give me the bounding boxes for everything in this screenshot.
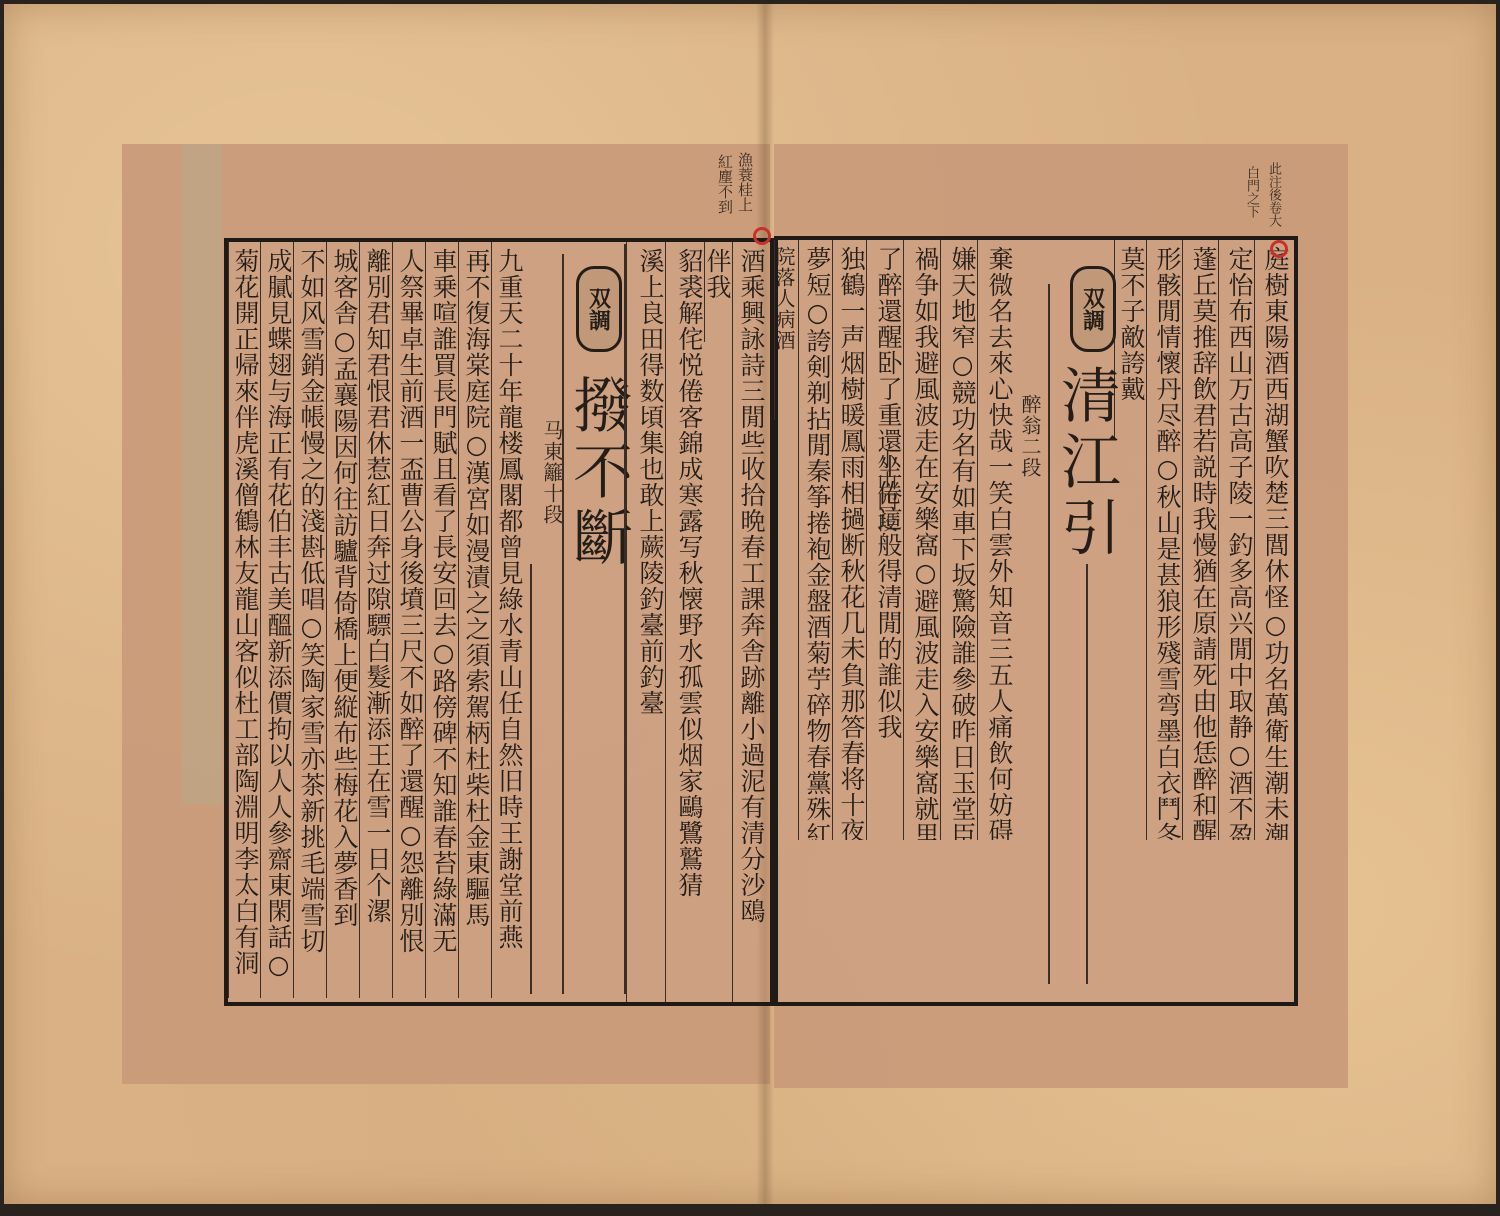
text-column: 城客舎○孟襄陽因何往訪驢背倚橋上便縦布些梅花入夢香到 [326,242,359,998]
mode-badge: 双調 [1070,266,1116,352]
text-column: 車乗喧誰買長門賦且看了長安回去○路傍碑不知誰春苔綠滿无 [425,242,458,998]
column-rule [1048,284,1050,984]
left-page-section-3: 貂裘解侘悦倦客錦成寒露写秋懐野水孤雲似烟家鷗鷺鷲猜 溪上良田得数頃集也敢上蕨陵釣… [626,242,704,1002]
text-column: 酒乘興詠詩三閒些收拾晩春工課奔舎跡離小過泥有清分沙鴎 [732,242,766,1002]
author-subtitle: 小山四段 [872,449,901,533]
right-page-section-1: 棄微名去來心快哉一笑白雲外知音三五人痛飲何妨碍醉袍袖窄 嫌天地窄○競功名有如車下… [866,240,1014,840]
text-column: 形骸閒情懷丹尽醉○秋山是甚狼形殘雪弯墨白衣鬥冬東离客你 [1146,240,1182,840]
text-column: 貂裘解侘悦倦客錦成寒露写秋懐野水孤雲似烟家鷗鷺鷲猜 [665,242,704,1002]
marginal-note: 漁蓑桂上 [736,152,753,212]
left-page-section-4: 九重天二十年龍楼鳳閣都曾見綠水青山任自然旧時王謝堂前燕 再不復海棠庭院○漢宮如漫… [228,242,524,998]
column-rule [624,244,626,994]
book-spread: 庭樹東陽酒西湖蟹吹楚三閭休怪○功名萬衛生潮未潮去元是 定怡布西山万古高子陵一釣多… [4,4,1496,1204]
tune-title: 撥不斷 [566,374,630,572]
right-page-section-2: 独鶴一声烟樹暖鳳雨相撾断秋花几未負那答春将十夜長可怜扁 夢短○誇剣剃拈閒秦筝捲袍… [774,240,866,840]
text-column: 夢短○誇剣剃拈閒秦筝捲袍金盤酒菊苧碎物春黨殊紅簾屋廣関 [798,240,832,840]
right-page-continued-text: 庭樹東陽酒西湖蟹吹楚三閭休怪○功名萬衛生潮未潮去元是 定怡布西山万古高子陵一釣多… [1114,240,1290,840]
text-column: 菊花開正帰來伴虎溪僧鶴林友龍山客似杜工部陶淵明李太白有洞 [228,242,260,998]
text-column: 成膩見蝶翅与海正有花伯丰古美醞新添價拘以人人參齋東閑話○ [260,242,293,998]
text-column: 人祭畢卓生前酒一盃曹公身後墳三尺不如醉了還醒○怨離別恨 [392,242,425,998]
text-column: 庭樹東陽酒西湖蟹吹楚三閭休怪○功名萬衛生潮未潮去元是 [1254,240,1290,840]
red-circle-mark [753,227,771,245]
red-circle-mark [1270,240,1288,258]
mode-badge: 双調 [576,266,622,352]
text-column: 伴我 [704,242,732,342]
column-rule [1086,564,1088,984]
author-subtitle: 醉翁二段 [1016,394,1045,478]
text-column: 棄微名去來心快哉一笑白雲外知音三五人痛飲何妨碍醉袍袖窄 [977,240,1014,840]
text-column: 蓬丘莫推辞飲君若説時我慢猶在原請死由他恁醉和醒争甚○痰 [1182,240,1218,840]
text-column: 定怡布西山万古高子陵一釣多高兴閒中取静○酒不盈樽故人心相 [1218,240,1254,840]
marginal-note: 白門之下 [1244,166,1259,218]
mount-strip [182,144,222,804]
text-column: 嫌天地窄○競功名有如車下坂驚險誰參破昨日玉堂臣今日遭殘 [940,240,977,840]
column-rule [530,564,532,994]
text-column: 院落人病酒 [774,240,798,420]
tune-title: 清江引 [1054,364,1118,562]
text-column: 独鶴一声烟樹暖鳳雨相撾断秋花几未負那答春将十夜長可怜扁 [832,240,866,840]
text-column: 再不復海棠庭院○漢宮如漫漬之之須索駕柄杜柴杜金東驅馬 [458,242,491,998]
marginal-note: 紅塵不到 [716,154,733,214]
text-column: 不如风雪銷金帳慢之的淺斟低唱○笑陶家雪亦茶新挑毛端雪切 [293,242,326,998]
text-column: 禍争如我避風波走在安樂窩○避風波走入安樂窩就里乾坤大醒 [903,240,940,840]
text-column: 離別君知君恨君休惹紅日奔过隙驃白髮漸添王在雪一日个漯 [359,242,392,998]
text-column: 九重天二十年龍楼鳳閣都曾見綠水青山任自然旧時王謝堂前燕 [491,242,524,998]
marginal-note: 此注後卷大 [1266,162,1281,227]
text-column: 溪上良田得数頃集也敢上蕨陵釣臺前釣臺 [626,242,665,1002]
left-page-continued-text: 酒乘興詠詩三閒些收拾晩春工課奔舎跡離小過泥有清分沙鴎 伴我 [704,242,766,1002]
column-rule [562,254,564,994]
text-column: 了醉還醒卧了重還坐倦這般得清閒的誰似我 [866,240,903,840]
